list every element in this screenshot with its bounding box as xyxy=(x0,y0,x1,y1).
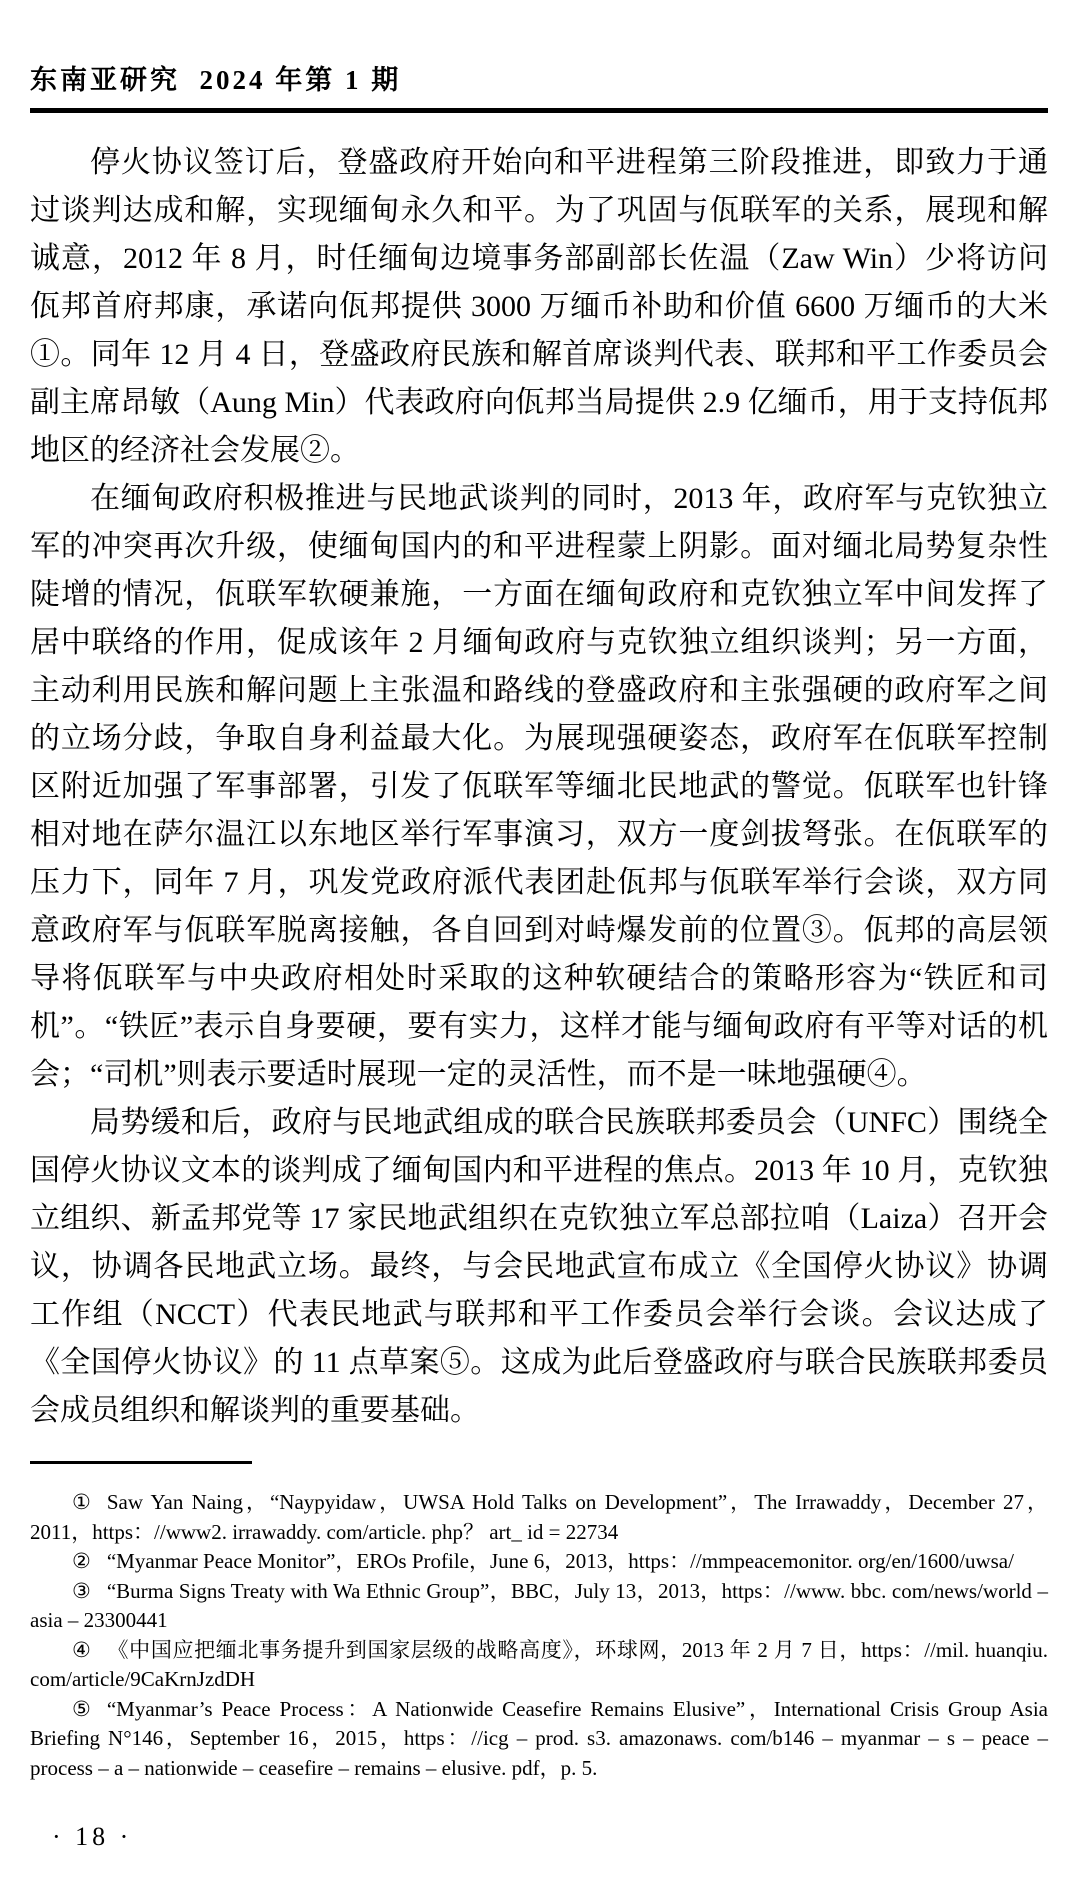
body-paragraph: 停火协议签订后，登盛政府开始向和平进程第三阶段推进，即致力于通过谈判达成和解，实… xyxy=(30,139,1048,475)
footnote-separator xyxy=(30,1461,252,1464)
page-number: · 18 · xyxy=(52,1822,132,1852)
footnote-marker: ② xyxy=(72,1547,91,1577)
article-body: 停火协议签订后，登盛政府开始向和平进程第三阶段推进，即致力于通过谈判达成和解，实… xyxy=(30,139,1048,1435)
footnote-item: ②“Myanmar Peace Monitor”，EROs Profile，Ju… xyxy=(30,1547,1048,1577)
footnote-text: Saw Yan Naing，“Naypyidaw，UWSA Hold Talks… xyxy=(30,1490,1048,1544)
footnotes-section: ①Saw Yan Naing，“Naypyidaw，UWSA Hold Talk… xyxy=(30,1488,1048,1783)
footnote-marker: ③ xyxy=(72,1577,91,1607)
footnote-item: ③“Burma Signs Treaty with Wa Ethnic Grou… xyxy=(30,1577,1048,1636)
body-paragraph: 局势缓和后，政府与民地武组成的联合民族联邦委员会（UNFC）围绕全国停火协议文本… xyxy=(30,1099,1048,1435)
header-rule xyxy=(30,108,1048,113)
footnote-text: 《中国应把缅北事务提升到国家层级的战略高度》，环球网，2013 年 2 月 7 … xyxy=(30,1638,1048,1692)
footnote-text: “Myanmar Peace Monitor”，EROs Profile，Jun… xyxy=(107,1549,1014,1573)
footnote-item: ④《中国应把缅北事务提升到国家层级的战略高度》，环球网，2013 年 2 月 7… xyxy=(30,1636,1048,1695)
footnote-marker: ① xyxy=(72,1488,91,1518)
footnote-text: “Myanmar’s Peace Process：A Nationwide Ce… xyxy=(30,1697,1048,1780)
footnote-item: ⑤“Myanmar’s Peace Process：A Nationwide C… xyxy=(30,1695,1048,1784)
journal-page: 东南亚研究 2024 年第 1 期 停火协议签订后，登盛政府开始向和平进程第三阶… xyxy=(0,0,1078,1881)
footnote-text: “Burma Signs Treaty with Wa Ethnic Group… xyxy=(30,1579,1048,1633)
body-paragraph: 在缅甸政府积极推进与民地武谈判的同时，2013 年，政府军与克钦独立军的冲突再次… xyxy=(30,475,1048,1099)
journal-header: 东南亚研究 2024 年第 1 期 xyxy=(30,64,1048,96)
footnote-marker: ⑤ xyxy=(72,1695,91,1725)
footnote-marker: ④ xyxy=(72,1636,91,1666)
footnote-item: ①Saw Yan Naing，“Naypyidaw，UWSA Hold Talk… xyxy=(30,1488,1048,1547)
